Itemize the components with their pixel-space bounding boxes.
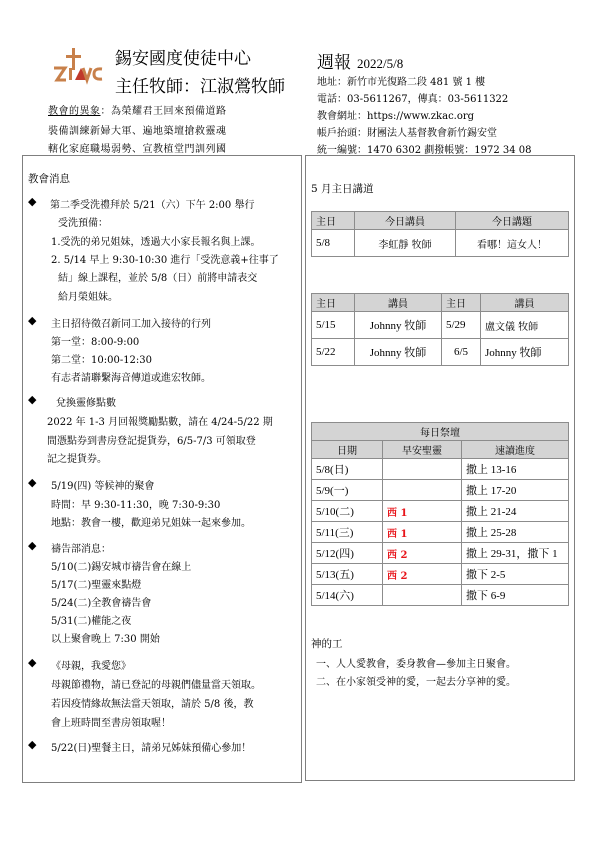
news-line: 給月榮姐妹。 xyxy=(58,288,118,303)
header-date: 日期 xyxy=(312,441,383,459)
news-panel: 教會消息 ◆ 第二季受洗禮拜於 5/21（六）下午 2:00 舉行 受洗預備： … xyxy=(22,155,302,783)
diamond-bullet-icon: ◆ xyxy=(28,539,36,552)
weekly-date: 2022/5/8 xyxy=(357,56,403,71)
news-line: 《母親，我愛您》 xyxy=(51,657,131,672)
church-name: 錫安國度使徒中心 xyxy=(115,44,251,69)
news-line: 以上聚會晚上 7:30 開始 xyxy=(51,630,160,645)
news-line: 5/19(四) 等候神的聚會 xyxy=(51,477,154,492)
sermon-panel: 5 月主日講道 主日 今日講員 今日講題 5/8 李虹靜 牧師 看哪！這女人！ … xyxy=(305,155,575,781)
news-line: 受洗預備： xyxy=(58,214,108,229)
news-line: 第二季受洗禮拜於 5/21（六）下午 2:00 舉行 xyxy=(50,196,254,211)
news-line: 1.受洗的弟兄姐妹，透過大小家長報名與上課。 xyxy=(51,233,261,248)
diamond-bullet-icon: ◆ xyxy=(28,393,36,406)
header-sunday: 主日 xyxy=(312,294,355,312)
vision-label: 教會的異象 xyxy=(48,106,101,117)
table-row: 5/11(三) 西 1 撒上 25-28 xyxy=(312,522,569,543)
news-title: 教會消息 xyxy=(28,171,70,186)
today-sermon-table: 主日 今日講員 今日講題 5/8 李虹靜 牧師 看哪！這女人！ xyxy=(311,211,569,257)
table-row: 5/9(一) 撒上 17-20 xyxy=(312,480,569,501)
news-line: 間憑點券到書房登記提貨券，6/5-7/3 可領取登 xyxy=(47,432,256,447)
table-row: 5/8(日) 撒上 13-16 xyxy=(312,459,569,480)
info-website[interactable]: 教會網址：https://www.zkac.org xyxy=(317,107,474,122)
news-line: 第一堂：8:00-9:00 xyxy=(51,333,139,348)
daily-devotion-table: 每日祭壇 日期 早安聖靈 速讀進度 5/8(日) 撒上 13-16 5/9(一)… xyxy=(311,422,569,606)
news-line: 第二堂：10:00-12:30 xyxy=(51,351,152,366)
news-line: 時間：早 9:30-11:30，晚 7:30-9:30 xyxy=(51,496,220,511)
header-speaker: 講員 xyxy=(481,294,569,312)
news-line: 主日招待徵召新同工加入接待的行列 xyxy=(51,315,211,330)
today-topic: 看哪！這女人！ xyxy=(456,230,569,257)
senior-pastor: 主任牧師：江淑鶯牧師 xyxy=(115,72,285,97)
gods-work-title: 神的工 xyxy=(311,636,343,651)
table-row: 5/10(二) 西 1 撒上 21-24 xyxy=(312,501,569,522)
header-sunday: 主日 xyxy=(312,212,355,230)
header-today-topic: 今日講題 xyxy=(456,212,569,230)
table-row: 5/13(五) 西 2 撒下 2-5 xyxy=(312,564,569,585)
table-row: 5/14(六) 撒下 6-9 xyxy=(312,585,569,606)
header-speaker: 講員 xyxy=(355,294,442,312)
church-logo xyxy=(50,46,104,86)
news-line: 5/24(二)全教會禱告會 xyxy=(51,594,151,609)
header-sunday: 主日 xyxy=(442,294,481,312)
vision-line-3: 轄化家庭職場弱勢、宣教植堂門訓列國 xyxy=(48,140,227,155)
news-line: 5/22(日)聖餐主日，請弟兄姊妹預備心參加！ xyxy=(51,739,251,754)
diamond-bullet-icon: ◆ xyxy=(28,476,36,489)
vision-line-1: 教會的異象：為榮耀君王回來預備道路 xyxy=(48,102,227,117)
diamond-bullet-icon: ◆ xyxy=(28,656,36,669)
news-line: 2. 5/14 早上 9:30-10:30 進行「受洗意義+往事了 xyxy=(51,251,279,266)
news-line: 記之提貨券。 xyxy=(47,450,107,465)
upcoming-sermon-table: 主日 講員 主日 講員 5/15 Johnny 牧師 5/29 盧文儀 牧師 5… xyxy=(311,293,569,366)
table-row: 5/15 Johnny 牧師 5/29 盧文儀 牧師 xyxy=(312,312,569,339)
news-line: 地點：教會一樓，歡迎弟兄姐妹一起來參加。 xyxy=(51,514,251,529)
weekly-title: 週報2022/5/8 xyxy=(317,48,403,73)
header-morning: 早安聖靈 xyxy=(383,441,462,459)
info-account-numbers: 統一編號：1470 6302 劃撥帳號：1972 34 08 xyxy=(317,141,532,156)
info-address: 地址：新竹市光復路二段 481 號 1 樓 xyxy=(317,73,485,88)
news-line: 5/17(二)聖靈來點燈 xyxy=(51,576,141,591)
gods-work-item: 二、在小家領受神的愛，一起去分享神的愛。 xyxy=(316,673,516,688)
diamond-bullet-icon: ◆ xyxy=(28,738,36,751)
vision-line-2: 裝備訓練新婦大軍、遍地築壇搶救靈魂 xyxy=(48,122,227,137)
diamond-bullet-icon: ◆ xyxy=(28,195,36,208)
news-line: 結」線上課程，並於 5/8（日）前將申請表交 xyxy=(58,269,257,284)
sermons-title: 5 月主日講道 xyxy=(311,181,374,196)
info-phone: 電話：03-5611267，傳真：03-5611322 xyxy=(317,90,508,105)
diamond-bullet-icon: ◆ xyxy=(28,314,36,327)
news-line: 若因疫情緣故無法當天領取，請於 5/8 後，教 xyxy=(51,695,253,710)
header-today-speaker: 今日講員 xyxy=(355,212,456,230)
news-line: 禱告部消息： xyxy=(51,540,111,555)
news-line: 會上班時間至書房領取喔！ xyxy=(51,714,171,729)
news-line: 5/31(二)權能之夜 xyxy=(51,612,131,627)
news-line: 母親節禮物，請已登記的母親們儘量當天領取。 xyxy=(51,676,261,691)
info-account-name: 帳戶抬頭：財團法人基督教會新竹錫安堂 xyxy=(317,124,497,139)
devotion-title: 每日祭壇 xyxy=(312,423,569,441)
header-reading: 速讀進度 xyxy=(462,441,569,459)
gods-work-item: 一、人人愛教會，委身教會—參加主日聚會。 xyxy=(316,655,516,670)
news-line: 2022 年 1-3 月回報獎勵點數，請在 4/24-5/22 期 xyxy=(47,413,273,428)
news-line: 5/10(二)錫安城市禱告會在線上 xyxy=(51,558,191,573)
news-line: 有志者請聯繫海音傳道或進宏牧師。 xyxy=(51,369,211,384)
table-row: 5/22 Johnny 牧師 6/5 Johnny 牧師 xyxy=(312,339,569,366)
today-date: 5/8 xyxy=(312,230,355,257)
table-row: 5/12(四) 西 2 撒上 29-31，撒下 1 xyxy=(312,543,569,564)
today-speaker: 李虹靜 牧師 xyxy=(355,230,456,257)
news-line: 兌換靈修點數 xyxy=(56,394,116,409)
